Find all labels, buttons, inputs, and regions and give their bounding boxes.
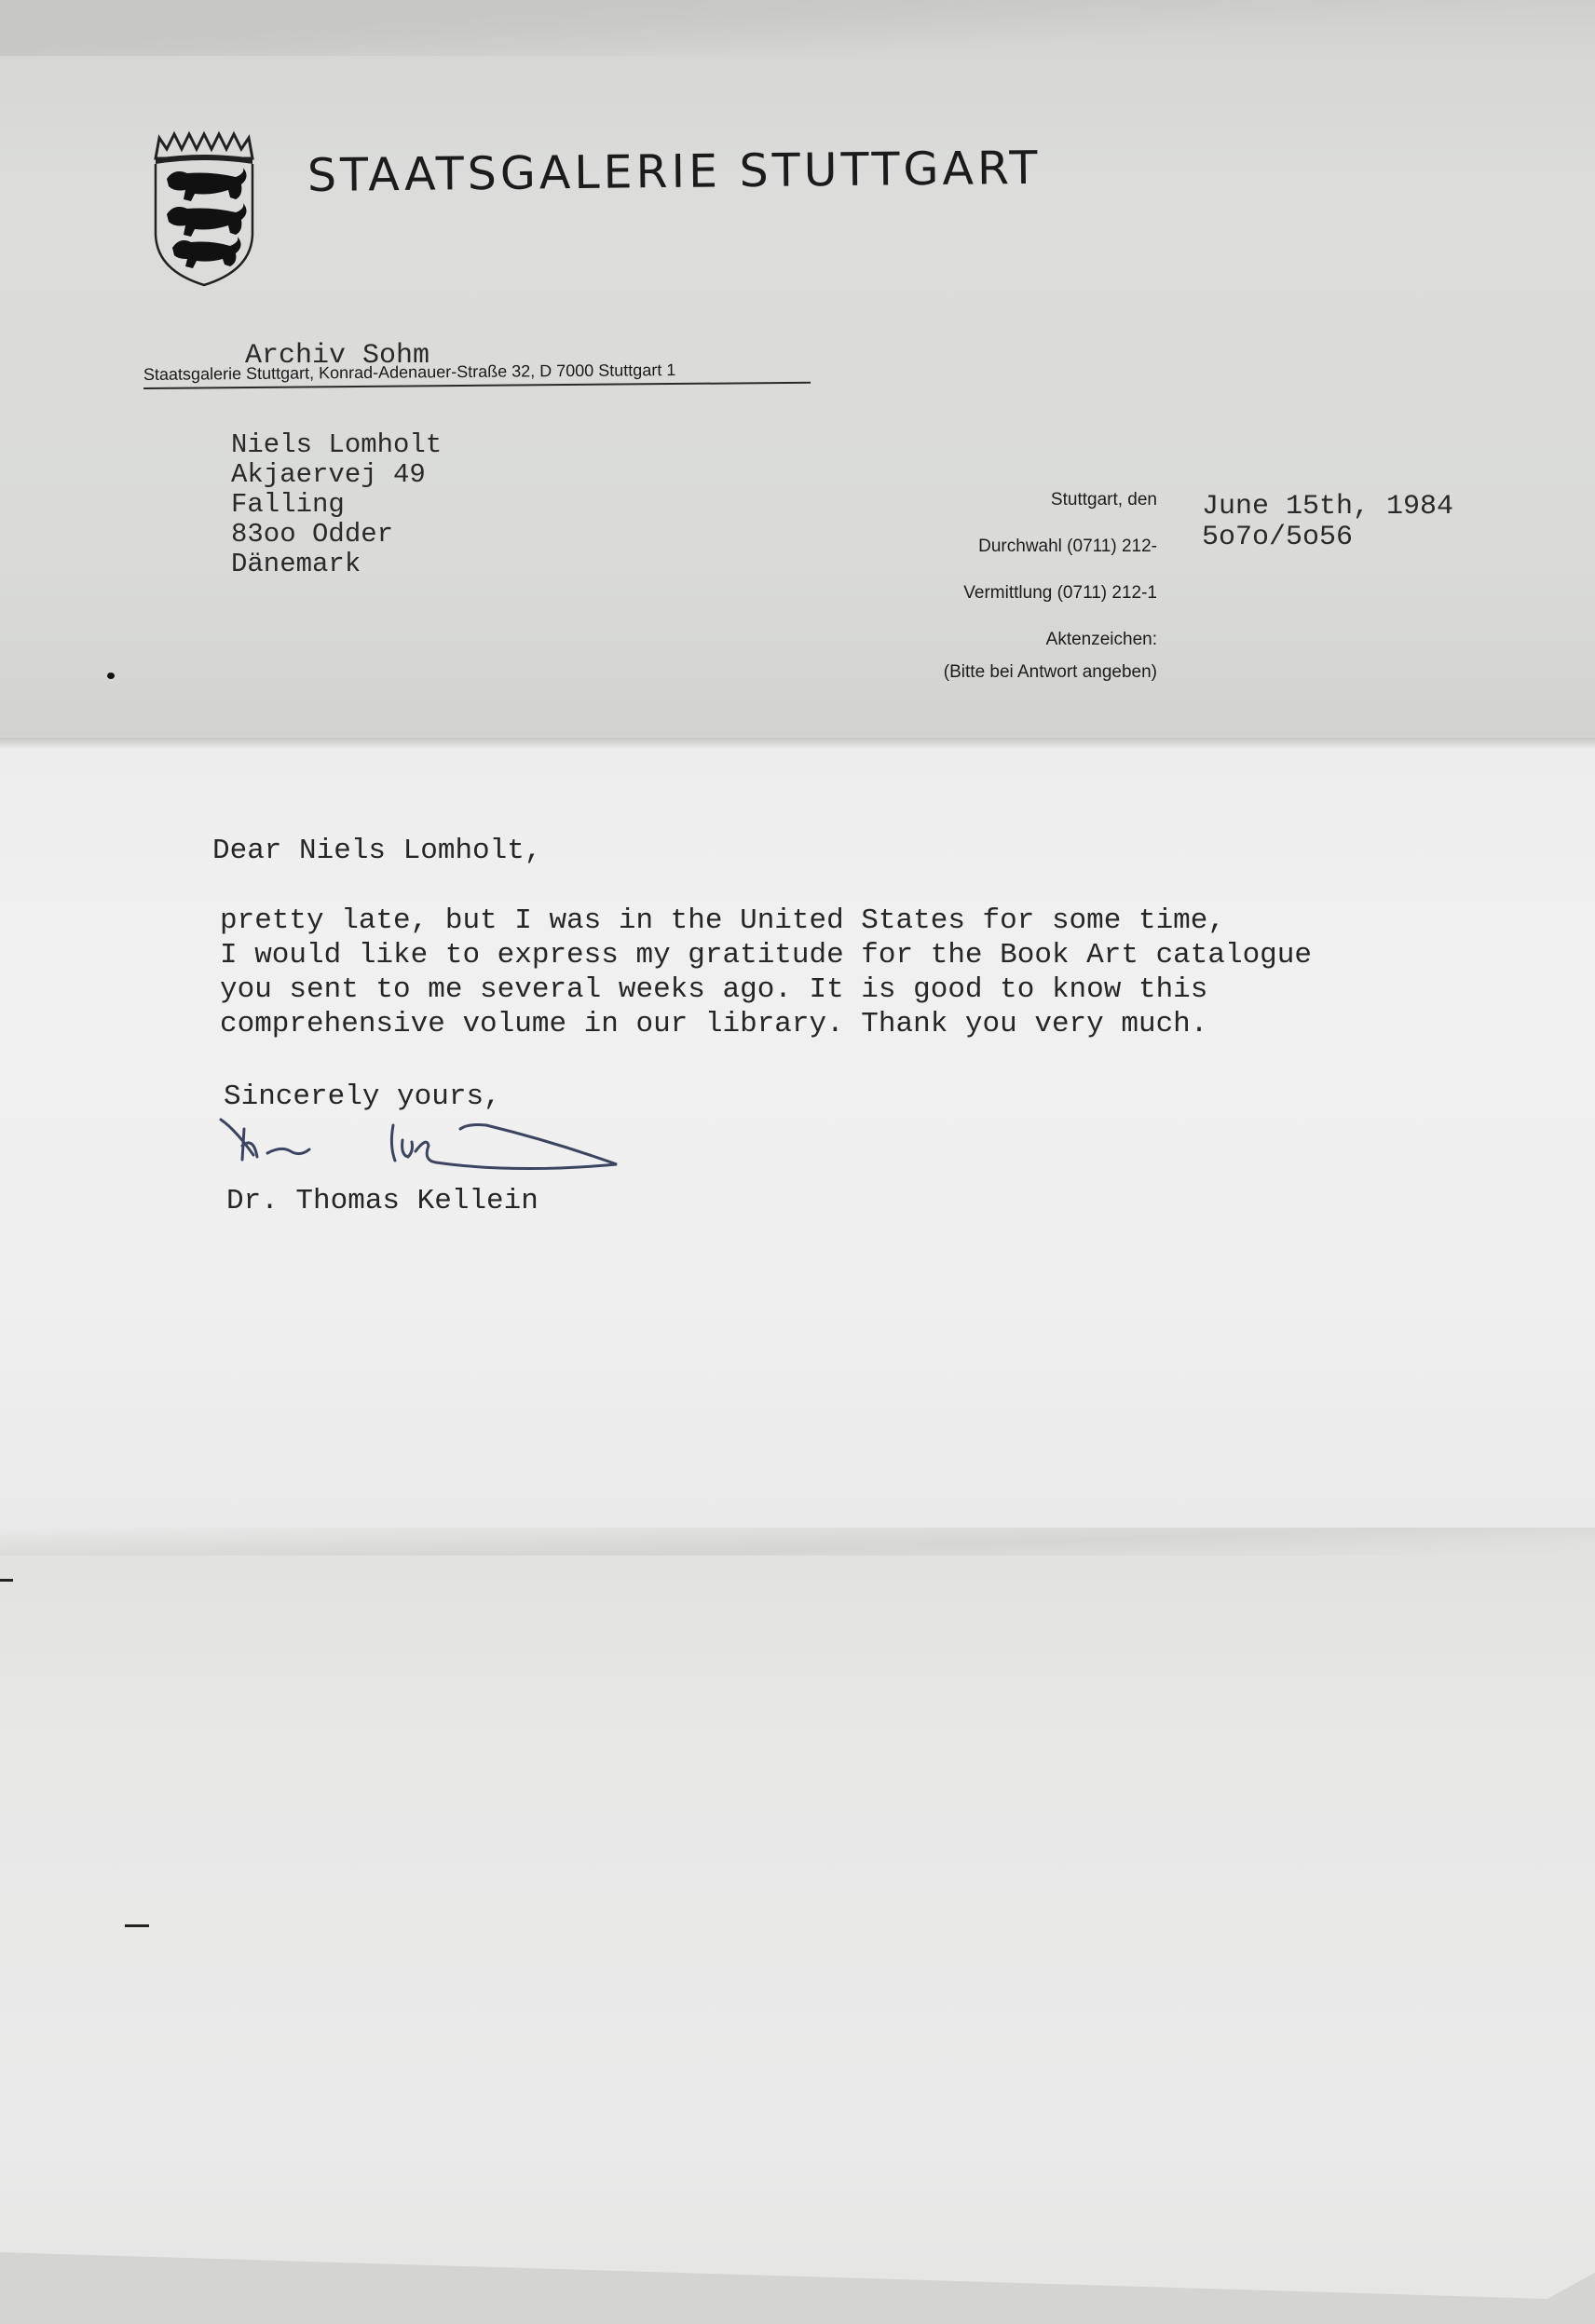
signature-icon <box>216 1108 645 1183</box>
coat-of-arms-icon <box>146 130 260 287</box>
institution-name: STAATSGALERIE STUTTGART <box>307 142 1042 202</box>
salutation: Dear Niels Lomholt, <box>212 834 1312 868</box>
recipient-street: Akjaervej 49 <box>231 460 442 490</box>
letter-meta-labels: Stuttgart, den Durchwahl (0711) 212- Ver… <box>944 489 1157 683</box>
place-date-label: Stuttgart, den <box>944 489 1157 536</box>
switchboard-label: Vermittlung (0711) 212-1 <box>944 582 1157 629</box>
direct-dial-number: 5o7o/5o56 <box>1202 523 1453 553</box>
punch-mark <box>107 673 115 679</box>
fold-mark <box>125 1924 149 1927</box>
reference-note: (Bitte bei Antwort angeben) <box>944 662 1157 683</box>
recipient-address: Niels Lomholt Akjaervej 49 Falling 83oo … <box>231 430 442 579</box>
fold-line-lower <box>0 1528 1595 1556</box>
recipient-name: Niels Lomholt <box>231 430 442 460</box>
letter-meta-values: June 15th, 1984 5o7o/5o56 <box>1202 492 1453 553</box>
signer-name: Dr. Thomas Kellein <box>226 1185 538 1217</box>
body-line: pretty late, but I was in the United Sta… <box>220 904 1312 938</box>
fold-line-upper <box>0 738 1595 751</box>
reference-label: Aktenzeichen: <box>944 629 1157 662</box>
letter-date: June 15th, 1984 <box>1202 492 1453 523</box>
fold-mark <box>0 1579 13 1582</box>
recipient-country: Dänemark <box>231 550 442 579</box>
body-line: I would like to express my gratitude for… <box>220 938 1312 972</box>
body-line: comprehensive volume in our library. Tha… <box>220 1007 1312 1041</box>
body-line: you sent to me several weeks ago. It is … <box>220 972 1312 1007</box>
letter-body: Dear Niels Lomholt, pretty late, but I w… <box>212 834 1312 1041</box>
recipient-postcode-city: 83oo Odder <box>231 520 442 550</box>
recipient-locality: Falling <box>231 490 442 520</box>
paper-top-shadow <box>0 0 1595 56</box>
direct-dial-label: Durchwahl (0711) 212- <box>944 536 1157 582</box>
